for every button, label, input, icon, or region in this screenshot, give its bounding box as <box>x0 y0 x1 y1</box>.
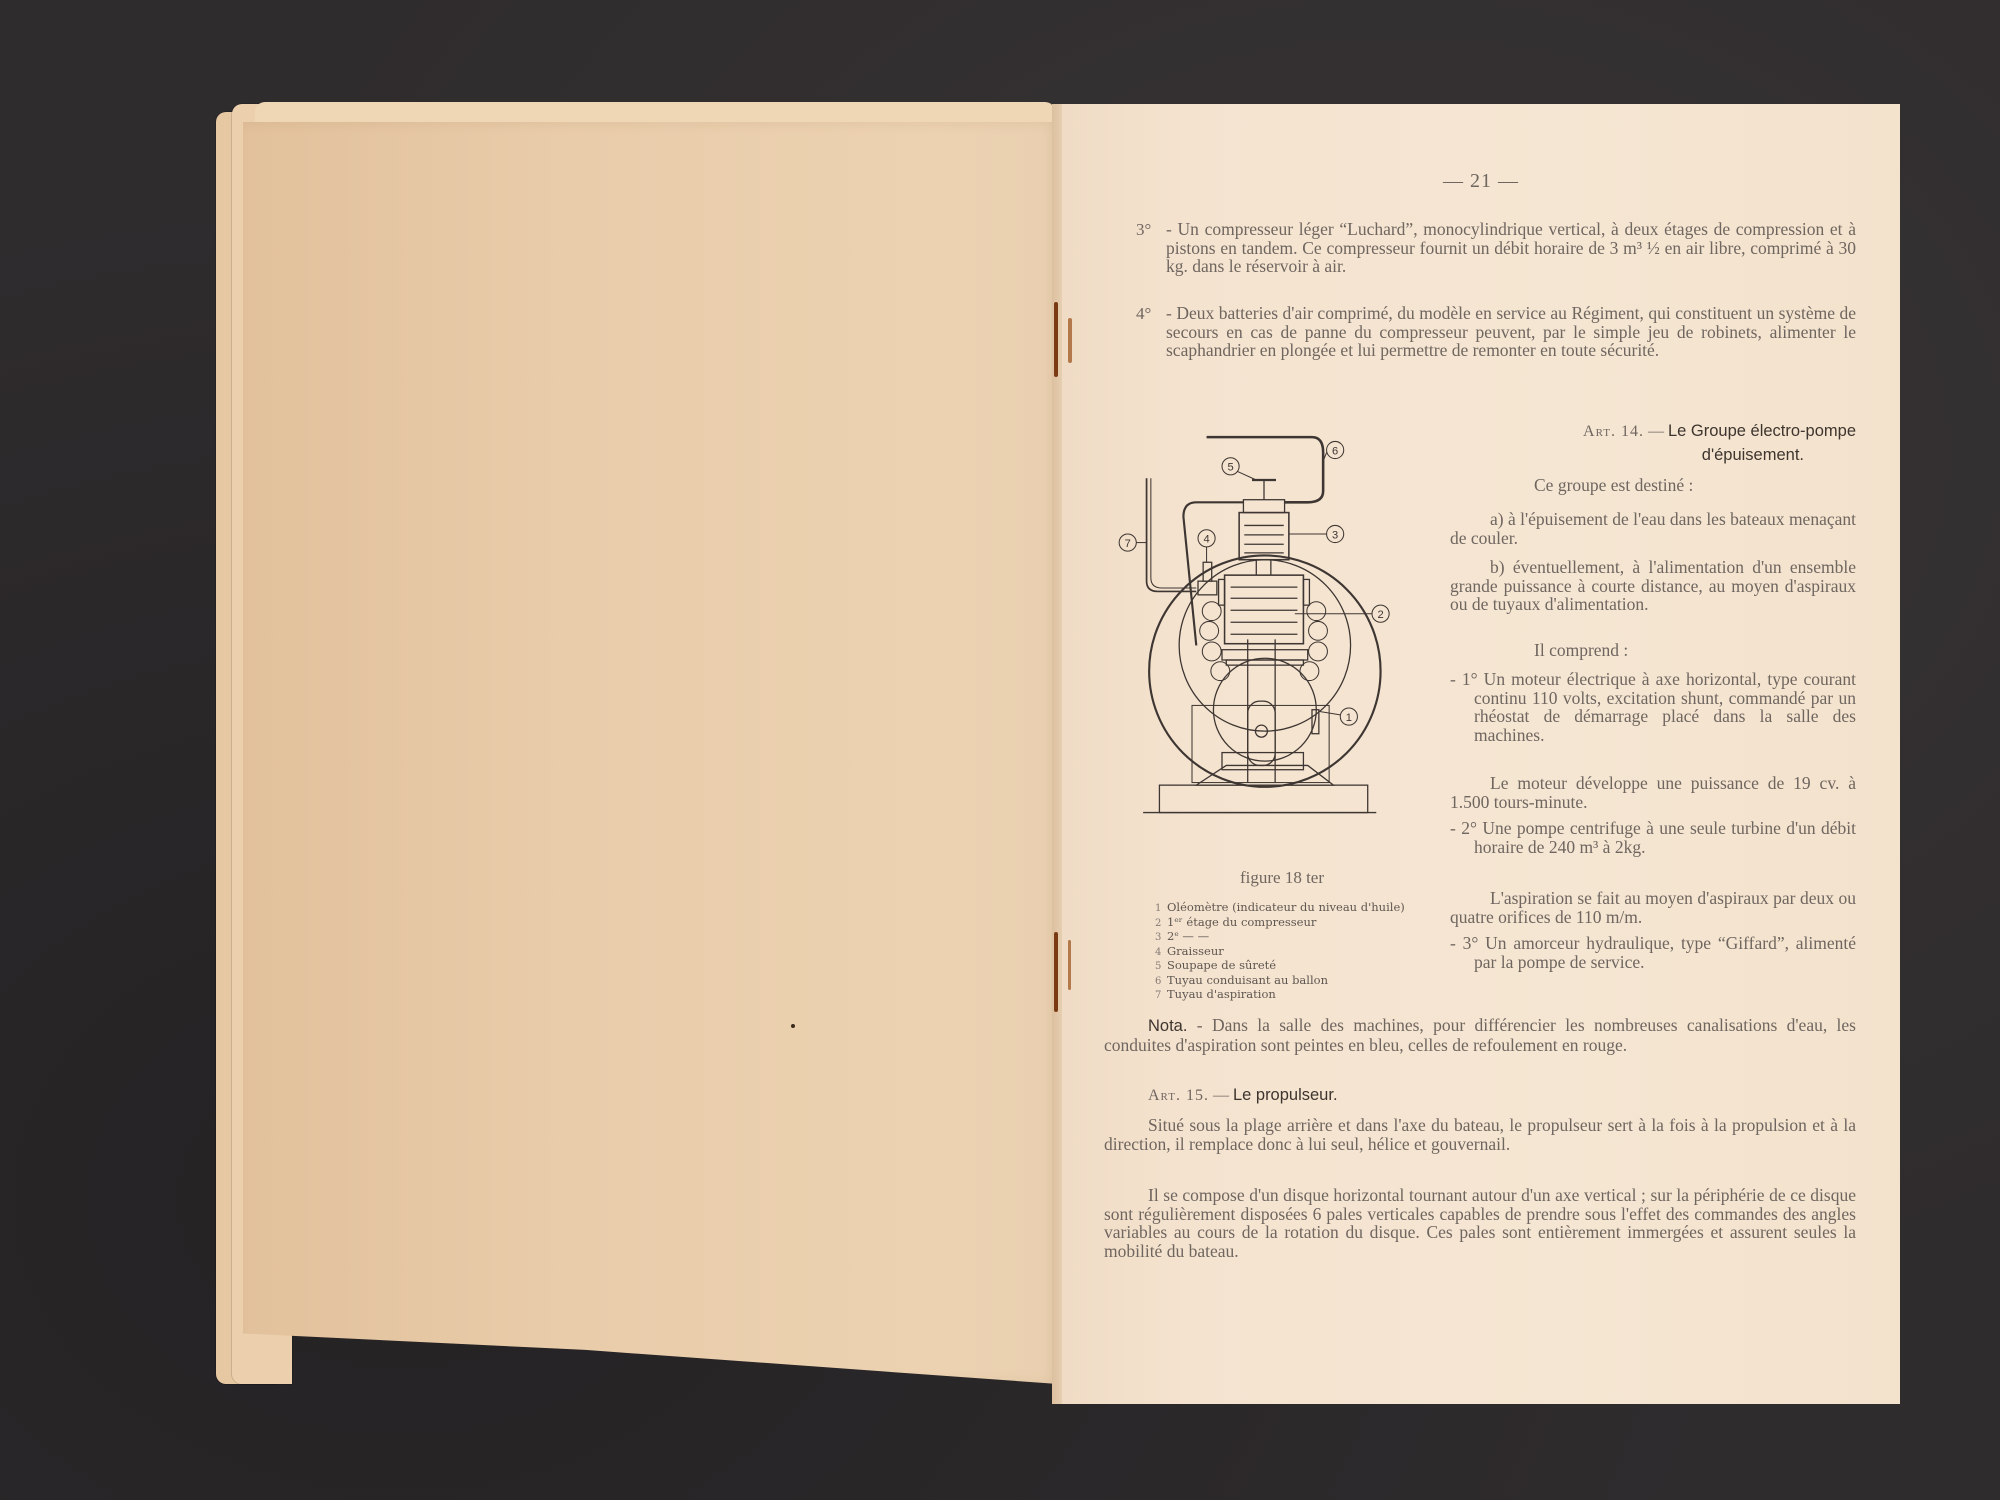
svg-text:5: 5 <box>1227 462 1233 474</box>
svg-text:3: 3 <box>1332 529 1338 541</box>
article-15-para-1: Situé sous la plage arrière et dans l'ax… <box>1104 1116 1856 1153</box>
article-15-heading: Art. 15. — Le propulseur. <box>1148 1086 1338 1105</box>
article-14-point-a: a) à l'épuisement de l'eau dans les bate… <box>1450 510 1856 547</box>
svg-text:2: 2 <box>1377 609 1383 621</box>
legend-item: 6Tuyau conduisant au ballon <box>1155 974 1415 989</box>
article-14-heading: Art. 14. — Le Groupe électro-pompe <box>1494 422 1856 441</box>
nota-label: Nota. <box>1148 1017 1187 1035</box>
article-14-intro: Ce groupe est destiné : <box>1494 476 1856 495</box>
article-14-point-b: b) éventuellement, à l'alimentation d'un… <box>1450 558 1856 614</box>
figure-caption: figure 18 ter <box>1162 868 1402 888</box>
rust-stain <box>1068 940 1071 990</box>
component-1: - 1° Un moteur électrique à axe horizont… <box>1450 670 1856 744</box>
component-3: - 3° Un amorceur hydraulique, type “Giff… <box>1450 934 1856 971</box>
rust-stain <box>1054 302 1058 377</box>
item-number: 4° <box>1136 304 1151 324</box>
article-14-comprend: Il comprend : <box>1494 641 1856 660</box>
svg-text:6: 6 <box>1332 445 1338 457</box>
left-page-blank <box>243 122 1058 1384</box>
component-2: - 2° Une pompe centrifuge à une seule tu… <box>1450 819 1856 856</box>
legend-item: 7Tuyau d'aspiration <box>1155 988 1415 1003</box>
rust-stain <box>1054 932 1058 1012</box>
svg-text:4: 4 <box>1203 534 1209 546</box>
nota-paragraph: Nota. - Dans la salle des machines, pour… <box>1104 1016 1856 1054</box>
right-page: — 21 — 3° - Un compresseur léger “Luchar… <box>1062 104 1900 1404</box>
moteur-power: Le moteur développe une puissance de 19 … <box>1450 774 1856 811</box>
page-number: — 21 — <box>1062 170 1900 193</box>
article-14-heading-line2: d'épuisement. <box>1494 446 1804 465</box>
legend-item: 4Graisseur <box>1155 945 1415 960</box>
figure-legend: 1Oléomètre (indicateur du niveau d'huile… <box>1155 901 1415 1003</box>
legend-item: 5Soupape de sûreté <box>1155 959 1415 974</box>
item-4-text: - Deux batteries d'air comprimé, du modè… <box>1166 304 1856 360</box>
item-3-text: - Un compresseur léger “Luchard”, monocy… <box>1166 220 1856 276</box>
svg-text:1: 1 <box>1346 712 1352 724</box>
paper-speck <box>791 1024 795 1028</box>
legend-item: 32ᵉ — — <box>1155 930 1415 945</box>
rust-stain <box>1068 318 1072 363</box>
legend-item: 1Oléomètre (indicateur du niveau d'huile… <box>1155 901 1415 916</box>
svg-text:7: 7 <box>1125 538 1131 550</box>
item-number: 3° <box>1136 220 1151 240</box>
aspiration-text: L'aspiration se fait au moyen d'aspiraux… <box>1450 889 1856 926</box>
compressor-diagram: 6 5 3 4 7 2 1 <box>1102 404 1402 844</box>
article-15-para-2: Il se compose d'un disque horizontal tou… <box>1104 1186 1856 1260</box>
legend-item: 21ᵉʳ étage du compresseur <box>1155 916 1415 931</box>
